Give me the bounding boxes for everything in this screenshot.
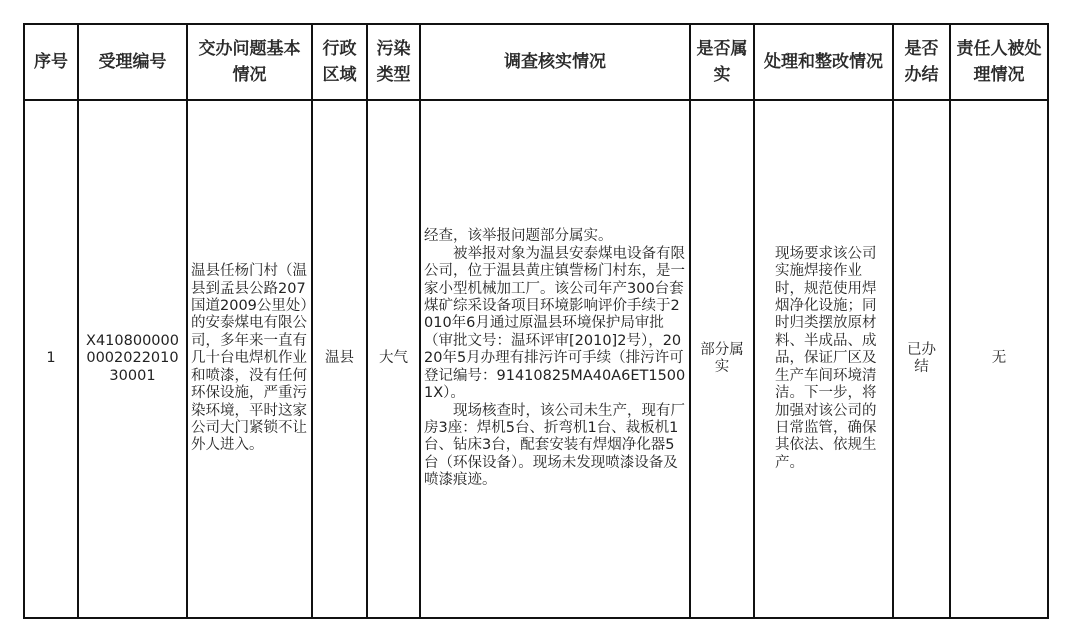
header-accountability: 责任人被处理情况 [950,24,1048,100]
header-handling: 处理和整改情况 [754,24,893,100]
cell-is-closed: 已办结 [893,100,950,618]
cell-index: 1 [24,100,78,618]
header-pollution-type: 污染类型 [367,24,420,100]
header-investigation: 调查核实情况 [420,24,690,100]
investigation-detail: 被举报对象为温县安泰煤电设备有限公司，位于温县黄庄镇訾杨门村东，是一家小型机械加… [424,246,686,403]
cell-handling: 现场要求该公司实施焊接作业时，规范使用焊烟净化设施；同时归类摆放原材料、半成品、… [754,100,893,618]
table-row: 1 X4108000000002022010 30001 温县任杨门村（温县到孟… [24,100,1048,618]
cell-region: 温县 [312,100,367,618]
header-is-true: 是否属实 [690,24,754,100]
cell-investigation: 经查，该举报问题部分属实。 被举报对象为温县安泰煤电设备有限公司，位于温县黄庄镇… [420,100,690,618]
header-row: 序号 受理编号 交办问题基本情况 行政区域 污染类型 调查核实情况 是否属实 处… [24,24,1048,100]
cell-problem: 温县任杨门村（温县到孟县公路207国道2009公里处）的安泰煤电有限公司，多年来… [187,100,312,618]
header-problem: 交办问题基本情况 [187,24,312,100]
header-case-number: 受理编号 [78,24,187,100]
header-region: 行政区域 [312,24,367,100]
investigation-summary: 经查，该举报问题部分属实。 [424,228,686,245]
cell-is-true: 部分属实 [690,100,754,618]
cell-accountability: 无 [950,100,1048,618]
cell-pollution-type: 大气 [367,100,420,618]
cell-case-number: X4108000000002022010 30001 [78,100,187,618]
header-index: 序号 [24,24,78,100]
investigation-onsite: 现场核查时，该公司未生产，现有厂房3座：焊机5台、折弯机1台、裁板机1台、钻床3… [424,403,686,490]
complaint-table: 序号 受理编号 交办问题基本情况 行政区域 污染类型 调查核实情况 是否属实 处… [23,23,1049,619]
header-is-closed: 是否办结 [893,24,950,100]
